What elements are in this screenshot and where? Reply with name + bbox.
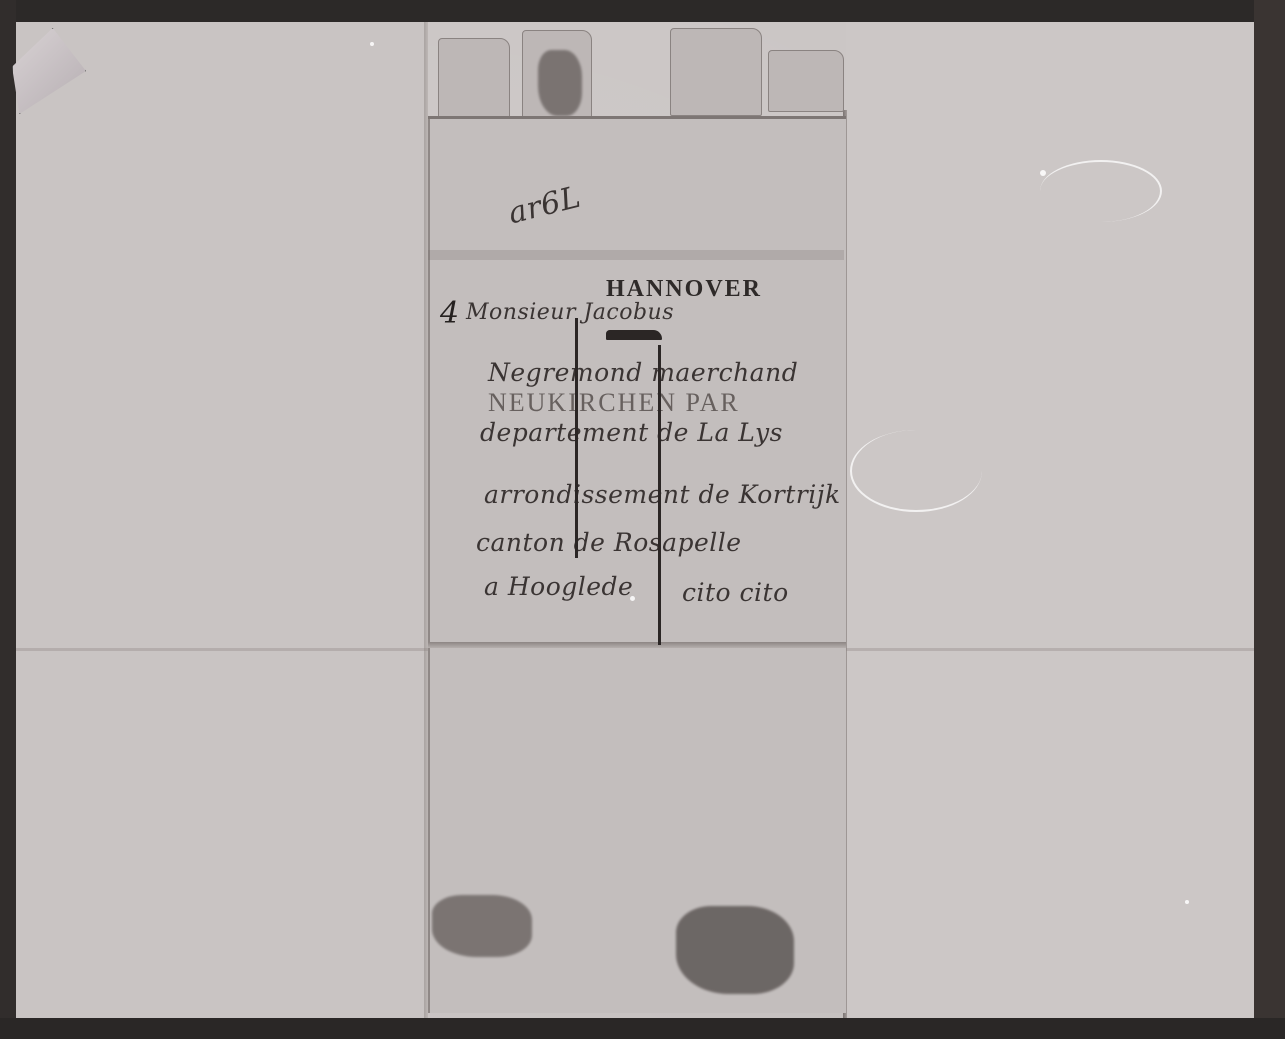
- origin-postmark: HANNOVER: [606, 276, 762, 303]
- address-line-2: Negremond maerchand: [488, 358, 798, 387]
- ink-stroke: [658, 345, 661, 645]
- wax-seal-remnant: [538, 50, 582, 116]
- address-line-7: cito cito: [682, 578, 789, 607]
- address-line-4: arrondissement de Kortrijk: [484, 480, 841, 509]
- address-panel-top-edge: [428, 116, 846, 119]
- dust-speck: [1185, 900, 1189, 904]
- dark-backdrop-left: [0, 0, 16, 1039]
- letter-right-panel: [846, 22, 1254, 1018]
- dark-backdrop-right: [1254, 0, 1285, 1039]
- dust-speck: [1040, 170, 1046, 176]
- letter-left-panel: [16, 22, 426, 1018]
- torn-flap: [768, 50, 844, 112]
- docket-mark: 4: [440, 296, 460, 331]
- torn-flap: [670, 28, 762, 116]
- wax-seal-remnant-bottom-right: [676, 906, 794, 994]
- torn-flap: [438, 38, 510, 120]
- ink-stroke: [606, 330, 662, 340]
- ink-stroke: [575, 318, 578, 558]
- address-line-6: a Hooglede: [484, 572, 633, 601]
- address-line-1: Monsieur Jacobus: [466, 300, 674, 325]
- address-line-5: canton de Rosapelle: [476, 528, 742, 557]
- address-panel-crease: [428, 250, 844, 260]
- film-scratch: [1040, 160, 1162, 222]
- address-panel-bottom-edge: [428, 642, 846, 648]
- dark-backdrop-bottom: [0, 1018, 1285, 1039]
- wax-seal-remnant-bottom-left: [432, 895, 532, 957]
- address-line-3: departement de La Lys: [480, 418, 783, 447]
- film-scratch: [850, 430, 982, 512]
- dark-backdrop-top: [0, 0, 1285, 24]
- dust-speck: [370, 42, 374, 46]
- dust-speck: [630, 596, 635, 601]
- transit-postmark: NEUKIRCHEN PAR: [488, 388, 740, 418]
- torn-top-flaps: [430, 24, 846, 116]
